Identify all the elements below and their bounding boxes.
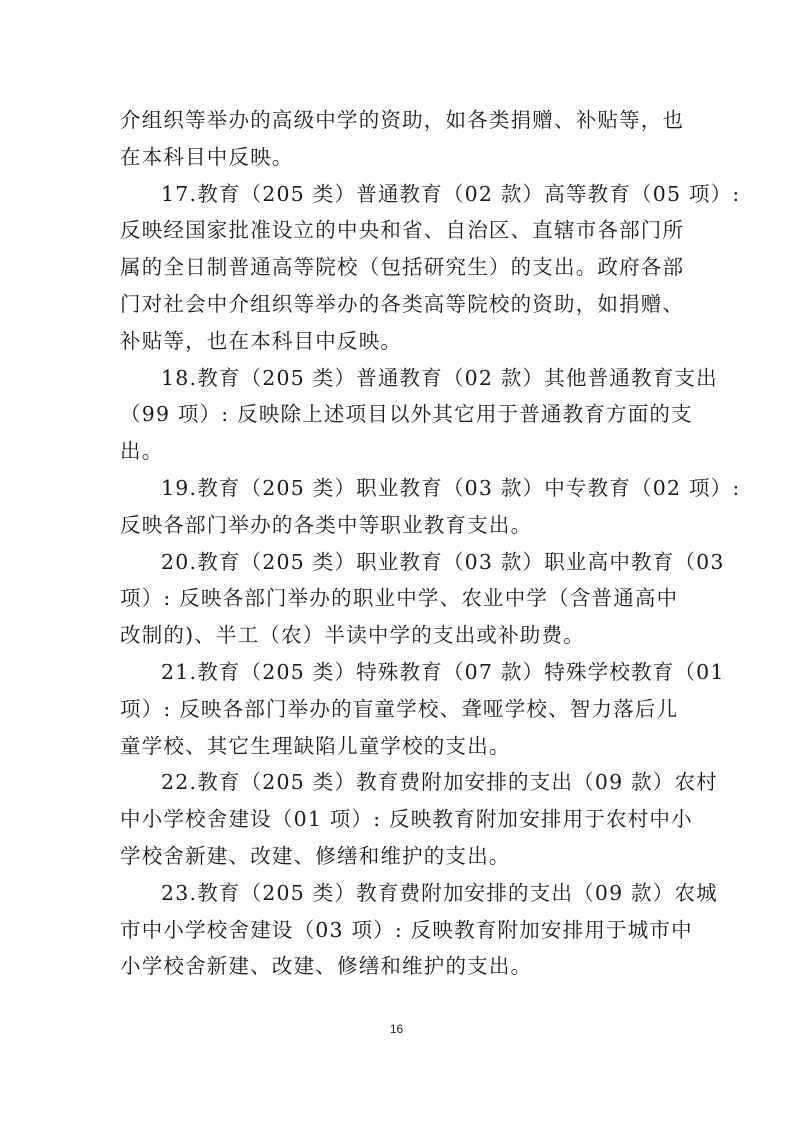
paragraph-item-20: 20.教育（205 类）职业教育（03 款）职业高中教育（03 项）: 反映各部… (120, 544, 680, 654)
text-line: 小学校舍新建、改建、修缮和维护的支出。 (120, 948, 680, 985)
text-line: 在本科目中反映。 (120, 139, 680, 176)
text-line: 项）: 反映各部门举办的职业中学、农业中学（含普通高中 (120, 580, 680, 617)
text-line: 属的全日制普通高等院校（包括研究生）的支出。政府各部 (120, 249, 680, 286)
text-line: 反映经国家批准设立的中央和省、自治区、直辖市各部门所 (120, 212, 680, 249)
text-line: 23.教育（205 类）教育费附加安排的支出（09 款）农城 (120, 875, 680, 912)
text-line: 补贴等，也在本科目中反映。 (120, 323, 680, 360)
text-line: 中小学校舍建设（01 项）: 反映教育附加安排用于农村中小 (120, 801, 680, 838)
text-line: 童学校、其它生理缺陷儿童学校的支出。 (120, 728, 680, 765)
text-line: 反映各部门举办的各类中等职业教育支出。 (120, 507, 680, 544)
paragraph-item-18: 18.教育（205 类）普通教育（02 款）其他普通教育支出 （99 项）: 反… (120, 360, 680, 470)
paragraph-item-22: 22.教育（205 类）教育费附加安排的支出（09 款）农村 中小学校舍建设（0… (120, 764, 680, 874)
body-text: 介组织等举办的高级中学的资助，如各类捐赠、补贴等，也 在本科目中反映。 17.教… (120, 102, 680, 985)
text-line: 市中小学校舍建设（03 项）: 反映教育附加安排用于城市中 (120, 912, 680, 949)
paragraph-continuation: 介组织等举办的高级中学的资助，如各类捐赠、补贴等，也 在本科目中反映。 (120, 102, 680, 176)
text-line: 项）: 反映各部门举办的盲童学校、聋哑学校、智力落后儿 (120, 691, 680, 728)
page-number: 16 (0, 1022, 793, 1036)
text-line: 18.教育（205 类）普通教育（02 款）其他普通教育支出 (120, 360, 680, 397)
paragraph-item-17: 17.教育（205 类）普通教育（02 款）高等教育（05 项）: 反映经国家批… (120, 176, 680, 360)
text-line: 介组织等举办的高级中学的资助，如各类捐赠、补贴等，也 (120, 102, 680, 139)
text-line: 22.教育（205 类）教育费附加安排的支出（09 款）农村 (120, 764, 680, 801)
text-line: 门对社会中介组织等举办的各类高等院校的资助，如捐赠、 (120, 286, 680, 323)
text-line: 19.教育（205 类）职业教育（03 款）中专教育（02 项）: (120, 470, 680, 507)
paragraph-item-19: 19.教育（205 类）职业教育（03 款）中专教育（02 项）: 反映各部门举… (120, 470, 680, 544)
text-line: 改制的)、半工（农）半读中学的支出或补助费。 (120, 617, 680, 654)
document-page: 介组织等举办的高级中学的资助，如各类捐赠、补贴等，也 在本科目中反映。 17.教… (0, 0, 793, 1122)
text-line: 20.教育（205 类）职业教育（03 款）职业高中教育（03 (120, 544, 680, 581)
text-line: （99 项）: 反映除上述项目以外其它用于普通教育方面的支 (120, 396, 680, 433)
text-line: 学校舍新建、改建、修缮和维护的支出。 (120, 838, 680, 875)
text-line: 17.教育（205 类）普通教育（02 款）高等教育（05 项）: (120, 176, 680, 213)
text-line: 21.教育（205 类）特殊教育（07 款）特殊学校教育（01 (120, 654, 680, 691)
text-line: 出。 (120, 433, 680, 470)
paragraph-item-23: 23.教育（205 类）教育费附加安排的支出（09 款）农城 市中小学校舍建设（… (120, 875, 680, 985)
paragraph-item-21: 21.教育（205 类）特殊教育（07 款）特殊学校教育（01 项）: 反映各部… (120, 654, 680, 764)
